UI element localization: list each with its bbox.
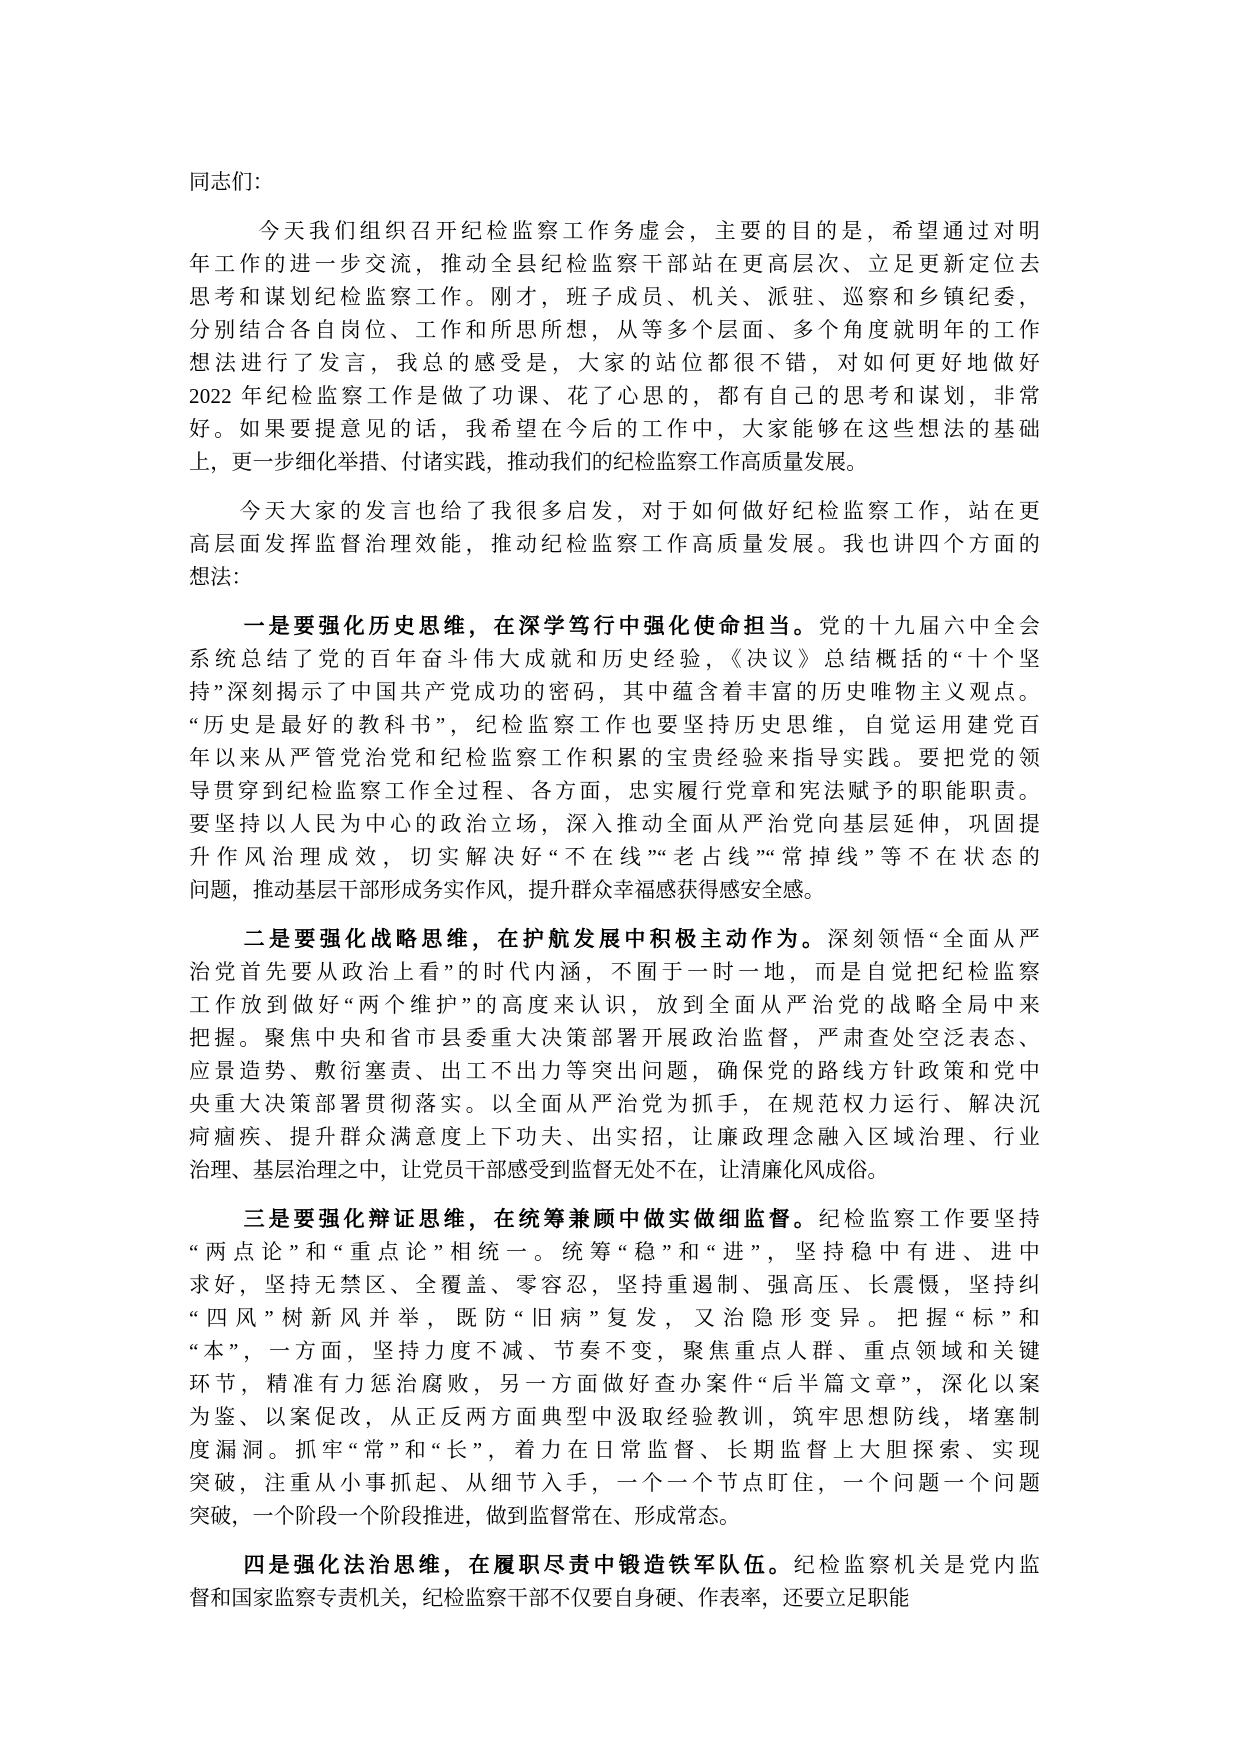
text-run: 问题，推动基层干部形成务实作风，提升群众幸福感获得感安全感。 [189, 878, 825, 902]
text-run: 突破，一个阶段一个阶段推进，做到监督常在、形成常态。 [189, 1504, 740, 1528]
paragraph: 今天大家的发言也给了我很多启发，对于如何做好纪检监察工作，站在更高层面发挥监督治… [189, 495, 1040, 594]
text-line: 升作风治理成效，切实解决好“不在线”“老占线”“常掉线”等不在状态的 [189, 841, 1040, 874]
text-run: 度漏洞。抓牢“常”和“长”，着力在日常监督、长期监督上大胆探索、实现 [189, 1438, 1040, 1462]
text-run: 好。如果要提意见的话，我希望在今后的工作中，大家能够在这些想法的基础 [189, 417, 1040, 441]
text-run: 系统总结了党的百年奋斗伟大成就和历史经验，《决议》总结概括的“十个坚 [189, 647, 1040, 671]
text-line: 想法： [189, 561, 1040, 594]
text-run: 治理、基层治理之中，让党员干部感受到监督无处不在，让清廉化风成俗。 [189, 1158, 889, 1182]
text-line: 同志们： [189, 166, 1040, 199]
text-line: “两点论”和“重点论”相统一。统筹“稳”和“进”，坚持稳中有进、进中 [189, 1236, 1040, 1269]
text-line: 为鉴、以案促改，从正反两方面典型中汲取经验教训，筑牢思想防线，堵塞制 [189, 1401, 1040, 1434]
text-run: 今天大家的发言也给了我很多启发，对于如何做好纪检监察工作，站在更 [239, 499, 1040, 523]
text-line: 治党首先要从政治上看”的时代内涵，不囿于一时一地，而是自觉把纪检监察 [189, 956, 1040, 989]
text-line: 突破，一个阶段一个阶段推进，做到监督常在、形成常态。 [189, 1500, 1040, 1533]
text-run: 求好，坚持无禁区、全覆盖、零容忍，坚持重遏制、强高压、长震慑，坚持纠 [189, 1273, 1040, 1297]
text-run: 年工作的进一步交流，推动全县纪检监察干部站在更高层次、立足更新定位去 [189, 252, 1040, 276]
text-run: 导贯穿到纪检监察工作全过程、各方面，忠实履行党章和宪法赋予的职能职责。 [189, 779, 1040, 803]
paragraph: 今天我们组织召开纪检监察工作务虚会，主要的目的是，希望通过对明年工作的进一步交流… [189, 215, 1040, 479]
text-run: 突破，注重从小事抓起、从细节入手，一个一个节点盯住，一个问题一个问题 [189, 1471, 1040, 1495]
text-run: 今天我们组织召开纪检监察工作务虚会，主要的目的是，希望通过对明 [258, 219, 1040, 243]
section-paragraph: 二是要强化战略思维，在护航发展中积极主动作为。深刻领悟“全面从严治党首先要从政治… [189, 923, 1040, 1187]
text-line: 今天我们组织召开纪检监察工作务虚会，主要的目的是，希望通过对明 [189, 215, 1040, 248]
text-line: 导贯穿到纪检监察工作全过程、各方面，忠实履行党章和宪法赋予的职能职责。 [189, 775, 1040, 808]
text-line: 三是要强化辩证思维，在统筹兼顾中做实做细监督。纪检监察工作要坚持 [189, 1203, 1040, 1236]
text-run: 持”深刻揭示了中国共产党成功的密码，其中蕴含着丰富的历史唯物主义观点。 [189, 680, 1040, 704]
text-line: 想法进行了发言，我总的感受是，大家的站位都很不错，对如何更好地做好 [189, 347, 1040, 380]
text-run: 深刻领悟“全面从严 [827, 927, 1040, 951]
text-line: 度漏洞。抓牢“常”和“长”，着力在日常监督、长期监督上大胆探索、实现 [189, 1434, 1040, 1467]
text-run: 督和国家监察专责机关，纪检监察干部不仅要自身硬、作表率，还要立足职能 [189, 1586, 910, 1610]
text-line: 上，更一步细化举措、付诸实践，推动我们的纪检监察工作高质量发展。 [189, 446, 1040, 479]
text-line: 系统总结了党的百年奋斗伟大成就和历史经验，《决议》总结概括的“十个坚 [189, 643, 1040, 676]
text-line: 治理、基层治理之中，让党员干部感受到监督无处不在，让清廉化风成俗。 [189, 1154, 1040, 1187]
text-line: “四风”树新风并举，既防“旧病”复发，又治隐形变异。把握“标”和 [189, 1302, 1040, 1335]
text-run: 为鉴、以案促改，从正反两方面典型中汲取经验教训，筑牢思想防线，堵塞制 [189, 1405, 1040, 1429]
text-line: 持”深刻揭示了中国共产党成功的密码，其中蕴含着丰富的历史唯物主义观点。 [189, 676, 1040, 709]
text-run: 想法进行了发言，我总的感受是，大家的站位都很不错，对如何更好地做好 [189, 351, 1040, 375]
section-heading-run: 三是要强化辩证思维，在统筹兼顾中做实做细监督。 [244, 1207, 819, 1231]
text-line: 求好，坚持无禁区、全覆盖、零容忍，坚持重遏制、强高压、长震慑，坚持纠 [189, 1269, 1040, 1302]
text-line: 疴痼疾、提升群众满意度上下功夫、出实招，让廉政理念融入区域治理、行业 [189, 1121, 1040, 1154]
text-line: 分别结合各自岗位、工作和所思所想，从等多个层面、多个角度就明年的工作 [189, 314, 1040, 347]
text-run: 2022 年纪检监察工作是做了功课、花了心思的，都有自己的思考和谋划，非常 [189, 384, 1040, 408]
text-line: 年工作的进一步交流，推动全县纪检监察干部站在更高层次、立足更新定位去 [189, 248, 1040, 281]
text-line: 2022 年纪检监察工作是做了功课、花了心思的，都有自己的思考和谋划，非常 [189, 380, 1040, 413]
text-line: 二是要强化战略思维，在护航发展中积极主动作为。深刻领悟“全面从严 [189, 923, 1040, 956]
text-line: 央重大决策部署贯彻落实。以全面从严治党为抓手，在规范权力运行、解决沉 [189, 1088, 1040, 1121]
text-run: 纪检监察机关是党内监 [794, 1553, 1040, 1577]
text-run: 党的十九届六中全会 [819, 614, 1040, 638]
text-run: “本”，一方面，坚持力度不减、节奏不变，聚焦重点人群、重点领域和关键 [189, 1339, 1040, 1363]
text-line: 年以来从严管党治党和纪检监察工作积累的宝贵经验来指导实践。要把党的领 [189, 742, 1040, 775]
text-run: 治党首先要从政治上看”的时代内涵，不囿于一时一地，而是自觉把纪检监察 [189, 960, 1040, 984]
text-run: 升作风治理成效，切实解决好“不在线”“老占线”“常掉线”等不在状态的 [189, 845, 1040, 869]
text-run: 疴痼疾、提升群众满意度上下功夫、出实招，让廉政理念融入区域治理、行业 [189, 1125, 1040, 1149]
text-run: 上，更一步细化举措、付诸实践，推动我们的纪检监察工作高质量发展。 [189, 450, 867, 474]
text-line: “历史是最好的教科书”，纪检监察工作也要坚持历史思维，自觉运用建党百 [189, 709, 1040, 742]
text-line: 高层面发挥监督治理效能，推动纪检监察工作高质量发展。我也讲四个方面的 [189, 528, 1040, 561]
text-line: “本”，一方面，坚持力度不减、节奏不变，聚焦重点人群、重点领域和关键 [189, 1335, 1040, 1368]
section-heading-run: 四是强化法治思维，在履职尽责中锻造铁军队伍。 [244, 1553, 794, 1577]
text-run: “历史是最好的教科书”，纪检监察工作也要坚持历史思维，自觉运用建党百 [189, 713, 1040, 737]
text-run: 分别结合各自岗位、工作和所思所想，从等多个层面、多个角度就明年的工作 [189, 318, 1040, 342]
text-run: 把握。聚焦中央和省市县委重大决策部署开展政治监督，严肃查处空泛表态、 [189, 1026, 1040, 1050]
text-run: 央重大决策部署贯彻落实。以全面从严治党为抓手，在规范权力运行、解决沉 [189, 1092, 1040, 1116]
section-heading-run: 二是要强化战略思维，在护航发展中积极主动作为。 [244, 927, 828, 951]
text-run: 年以来从严管党治党和纪检监察工作积累的宝贵经验来指导实践。要把党的领 [189, 746, 1040, 770]
document-page: 同志们：今天我们组织召开纪检监察工作务虚会，主要的目的是，希望通过对明年工作的进… [0, 0, 1240, 1754]
text-run: “两点论”和“重点论”相统一。统筹“稳”和“进”，坚持稳中有进、进中 [189, 1240, 1040, 1264]
text-run: 要坚持以人民为中心的政治立场，深入推动全面从严治党向基层延伸，巩固提 [189, 812, 1040, 836]
text-run: 想法： [189, 565, 253, 589]
section-paragraph: 四是强化法治思维，在履职尽责中锻造铁军队伍。纪检监察机关是党内监督和国家监察专责… [189, 1549, 1040, 1615]
text-line: 今天大家的发言也给了我很多启发，对于如何做好纪检监察工作，站在更 [189, 495, 1040, 528]
text-run: 工作放到做好“两个维护”的高度来认识，放到全面从严治党的战略全局中来 [189, 993, 1040, 1017]
text-line: 思考和谋划纪检监察工作。刚才，班子成员、机关、派驻、巡察和乡镇纪委， [189, 281, 1040, 314]
section-heading-run: 一是要强化历史思维，在深学笃行中强化使命担当。 [244, 614, 819, 638]
text-run: 纪检监察工作要坚持 [819, 1207, 1040, 1231]
salutation: 同志们： [189, 166, 1040, 199]
text-line: 环节，精准有力惩治腐败，另一方面做好查办案件“后半篇文章”，深化以案 [189, 1368, 1040, 1401]
text-run: 环节，精准有力惩治腐败，另一方面做好查办案件“后半篇文章”，深化以案 [189, 1372, 1040, 1396]
text-line: 要坚持以人民为中心的政治立场，深入推动全面从严治党向基层延伸，巩固提 [189, 808, 1040, 841]
text-line: 督和国家监察专责机关，纪检监察干部不仅要自身硬、作表率，还要立足职能 [189, 1582, 1040, 1615]
text-line: 好。如果要提意见的话，我希望在今后的工作中，大家能够在这些想法的基础 [189, 413, 1040, 446]
text-line: 突破，注重从小事抓起、从细节入手，一个一个节点盯住，一个问题一个问题 [189, 1467, 1040, 1500]
text-run: “四风”树新风并举，既防“旧病”复发，又治隐形变异。把握“标”和 [189, 1306, 1040, 1330]
text-line: 一是要强化历史思维，在深学笃行中强化使命担当。党的十九届六中全会 [189, 610, 1040, 643]
text-run: 思考和谋划纪检监察工作。刚才，班子成员、机关、派驻、巡察和乡镇纪委， [189, 285, 1040, 309]
text-line: 四是强化法治思维，在履职尽责中锻造铁军队伍。纪检监察机关是党内监 [189, 1549, 1040, 1582]
text-run: 同志们： [189, 170, 274, 194]
text-line: 把握。聚焦中央和省市县委重大决策部署开展政治监督，严肃查处空泛表态、 [189, 1022, 1040, 1055]
text-line: 应景造势、敷衍塞责、出工不出力等突出问题，确保党的路线方针政策和党中 [189, 1055, 1040, 1088]
text-run: 应景造势、敷衍塞责、出工不出力等突出问题，确保党的路线方针政策和党中 [189, 1059, 1040, 1083]
text-line: 工作放到做好“两个维护”的高度来认识，放到全面从严治党的战略全局中来 [189, 989, 1040, 1022]
document-body: 同志们：今天我们组织召开纪检监察工作务虚会，主要的目的是，希望通过对明年工作的进… [189, 166, 1040, 1615]
text-run: 高层面发挥监督治理效能，推动纪检监察工作高质量发展。我也讲四个方面的 [189, 532, 1040, 556]
section-paragraph: 一是要强化历史思维，在深学笃行中强化使命担当。党的十九届六中全会系统总结了党的百… [189, 610, 1040, 907]
section-paragraph: 三是要强化辩证思维，在统筹兼顾中做实做细监督。纪检监察工作要坚持“两点论”和“重… [189, 1203, 1040, 1533]
text-line: 问题，推动基层干部形成务实作风，提升群众幸福感获得感安全感。 [189, 874, 1040, 907]
